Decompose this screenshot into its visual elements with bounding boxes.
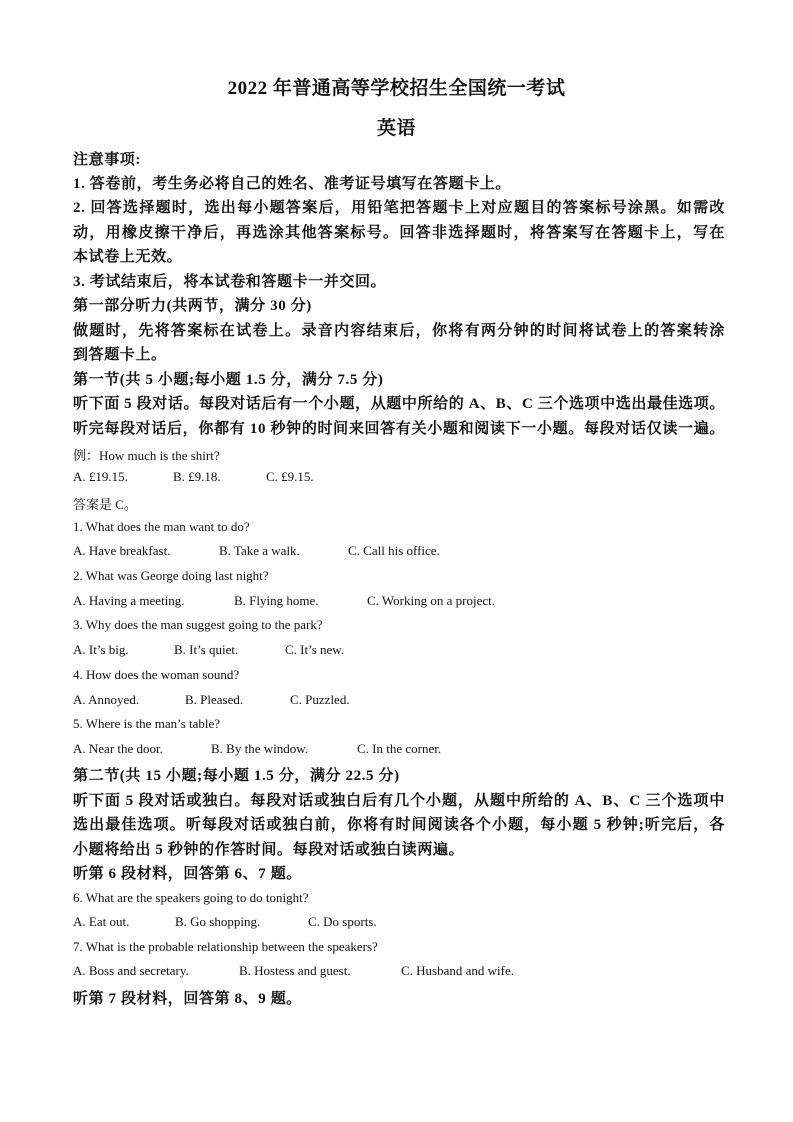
subject-title: 英语 (0, 113, 793, 140)
example-answer: 答案是 C。 (73, 494, 725, 513)
part1-heading: 第一部分听力(共两节，满分 30 分) (73, 294, 725, 315)
notice-item-2-line-1: 2. 回答选择题时，选出每小题答案后，用铅笔把答题卡上对应题目的答案标号涂黑。如… (73, 196, 725, 217)
question-2: 2. What was George doing last night? (73, 568, 725, 584)
question-1-option-b: B. Take a walk. (219, 543, 300, 559)
question-6-option-c: C. Do sports. (308, 914, 377, 930)
part1-instructions-line-2: 到答题卡上。 (73, 343, 725, 364)
question-7-option-c: C. Husband and wife. (401, 963, 514, 979)
question-3-option-b: B. It’s quiet. (174, 642, 238, 658)
exam-title: 2022 年普通高等学校招生全国统一考试 (0, 73, 793, 100)
section2-heading: 第二节(共 15 小题;每小题 1.5 分，满分 22.5 分) (73, 764, 725, 785)
question-5-option-b: B. By the window. (211, 741, 308, 757)
notice-item-2-line-3: 本试卷上无效。 (73, 245, 725, 266)
question-6-option-a: A. Eat out. (73, 914, 129, 930)
question-6-option-b: B. Go shopping. (175, 914, 260, 930)
example-question: 例：How much is the shirt? (73, 445, 725, 464)
question-4-option-a: A. Annoyed. (73, 692, 139, 708)
question-1: 1. What does the man want to do? (73, 519, 725, 535)
question-7: 7. What is the probable relationship bet… (73, 939, 725, 955)
question-3: 3. Why does the man suggest going to the… (73, 617, 725, 633)
material-6-heading: 听第 6 段材料，回答第 6、7 题。 (73, 862, 725, 883)
question-2-option-a: A. Having a meeting. (73, 593, 185, 609)
example-option-b: B. £9.18. (173, 469, 221, 485)
question-2-option-b: B. Flying home. (234, 593, 319, 609)
question-1-option-c: C. Call his office. (348, 543, 440, 559)
example-option-a: A. £19.15. (73, 469, 128, 485)
example-option-c: C. £9.15. (266, 469, 314, 485)
question-4-option-c: C. Puzzled. (290, 692, 350, 708)
question-5-option-a: A. Near the door. (73, 741, 163, 757)
notice-heading: 注意事项: (73, 148, 725, 169)
section1-heading: 第一节(共 5 小题;每小题 1.5 分，满分 7.5 分) (73, 368, 725, 389)
section1-instructions-line-1: 听下面 5 段对话。每段对话后有一个小题，从题中所给的 A、B、C 三个选项中选… (73, 392, 725, 413)
notice-item-1: 1. 答卷前，考生务必将自己的姓名、准考证号填写在答题卡上。 (73, 172, 725, 193)
material-7-heading: 听第 7 段材料，回答第 8、9 题。 (73, 987, 725, 1008)
question-4-option-b: B. Pleased. (185, 692, 243, 708)
question-5: 5. Where is the man’s table? (73, 716, 725, 732)
section2-instructions-line-2: 选出最佳选项。听每段对话或独白前，你将有时间阅读各个小题，每小题 5 秒钟;听完… (73, 813, 725, 834)
question-3-option-c: C. It’s new. (285, 642, 344, 658)
exam-page: 2022 年普通高等学校招生全国统一考试 英语 注意事项: 1. 答卷前，考生务… (0, 0, 793, 1122)
question-5-option-c: C. In the corner. (357, 741, 441, 757)
question-7-option-b: B. Hostess and guest. (239, 963, 351, 979)
section1-instructions-line-2: 听完每段对话后，你都有 10 秒钟的时间来回答有关小题和阅读下一小题。每段对话仅… (73, 417, 725, 438)
question-1-option-a: A. Have breakfast. (73, 543, 170, 559)
question-3-option-a: A. It’s big. (73, 642, 129, 658)
part1-instructions-line-1: 做题时，先将答案标在试卷上。录音内容结束后，你将有两分钟的时间将试卷上的答案转涂 (73, 319, 725, 340)
question-6: 6. What are the speakers going to do ton… (73, 890, 725, 906)
notice-item-2-line-2: 动，用橡皮擦干净后，再选涂其他答案标号。回答非选择题时，将答案写在答题卡上，写在 (73, 221, 725, 242)
notice-item-3: 3. 考试结束后，将本试卷和答题卡一并交回。 (73, 270, 725, 291)
question-4: 4. How does the woman sound? (73, 667, 725, 683)
section2-instructions-line-3: 小题将给出 5 秒钟的作答时间。每段对话或独白读两遍。 (73, 838, 725, 859)
section2-instructions-line-1: 听下面 5 段对话或独白。每段对话或独白后有几个小题，从题中所给的 A、B、C … (73, 789, 725, 810)
question-7-option-a: A. Boss and secretary. (73, 963, 189, 979)
question-2-option-c: C. Working on a project. (367, 593, 495, 609)
